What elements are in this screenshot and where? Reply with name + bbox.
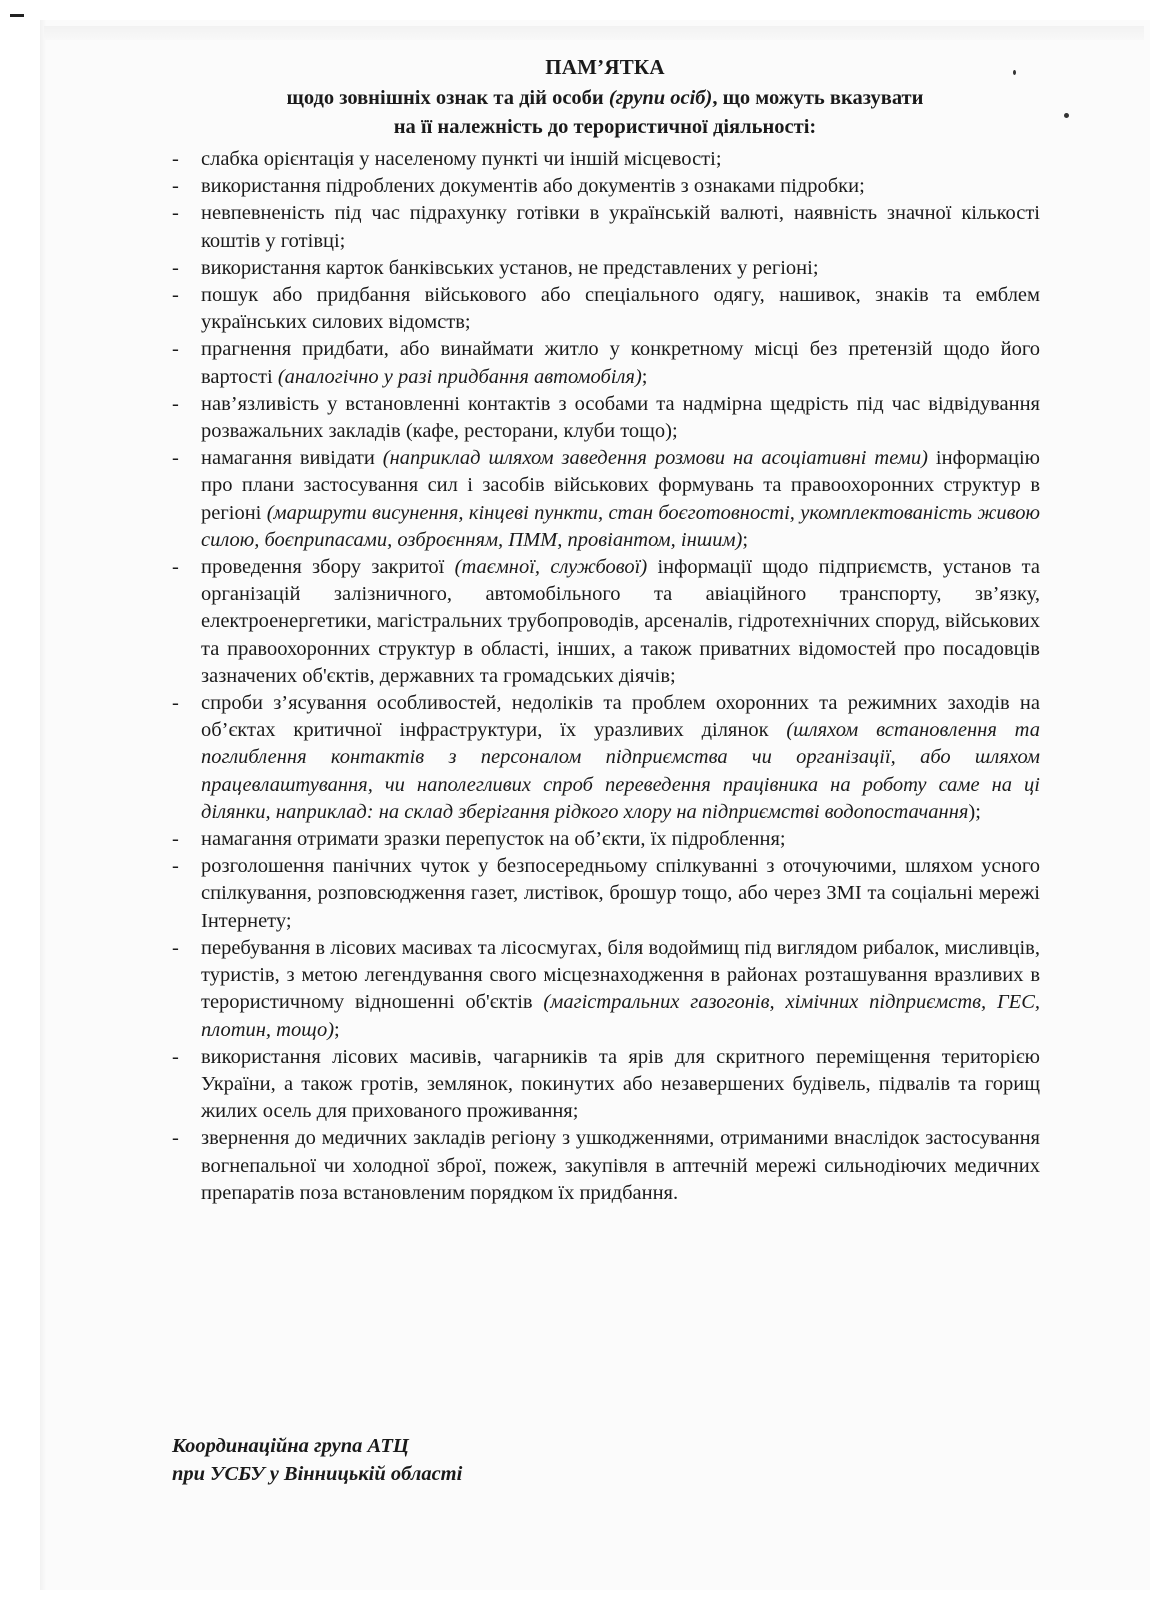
list-item: -проведення збору закритої (таємної, слу… [170, 554, 1040, 690]
subtitle-italic-text: (групи осіб) [609, 87, 713, 109]
list-item-text: використання карток банківських установ,… [201, 257, 819, 279]
list-item-text: використання лісових масивів, чагарників… [201, 1046, 1040, 1122]
bullet-dash: - [172, 1044, 179, 1071]
bullet-dash: - [172, 853, 179, 880]
list-item-text: пошук або придбання військового або спец… [201, 284, 1040, 333]
list-item-text: намагання отримати зразки перепусток на … [201, 828, 786, 850]
bullet-dash: - [172, 255, 179, 282]
list-item-italic-text: (наприклад шляхом заведення розмови на а… [383, 447, 928, 469]
list-item: -звернення до медичних закладів регіону … [170, 1125, 1040, 1207]
bullet-dash: - [172, 336, 179, 363]
document-subtitle: щодо зовнішніх ознак та дій особи (групи… [170, 84, 1040, 142]
bullet-dash: - [172, 200, 179, 227]
scan-edge [40, 20, 46, 1590]
list-item-text: намагання вивідати [201, 447, 383, 469]
subtitle-text: , що можуть вказувати [712, 87, 923, 109]
list-item-italic-text: (таємної, службової) [455, 556, 648, 578]
list-item-text: ; [334, 1019, 340, 1041]
scan-speck [1064, 113, 1069, 118]
list-item: -використання підроблених документів або… [170, 173, 1040, 200]
list-item-text: використання підроблених документів або … [201, 175, 865, 197]
bullet-dash: - [172, 445, 179, 472]
list-item: -використання лісових масивів, чагарникі… [170, 1044, 1040, 1126]
document-body: ПАМ’ЯТКА щодо зовнішніх ознак та дій осо… [170, 52, 1040, 1207]
bullet-dash: - [172, 554, 179, 581]
bullet-dash: - [172, 146, 179, 173]
list-item-italic-text: (маршрути висунення, кінцеві пункти, ста… [201, 502, 1040, 551]
bullet-dash: - [172, 935, 179, 962]
signature-line-2: при УСБУ у Вінницькій області [172, 1460, 462, 1488]
list-item-text: розголошення панічних чуток у безпосеред… [201, 855, 1040, 931]
list-item: -перебування в лісових масивах та лісосм… [170, 935, 1040, 1044]
list-item: -розголошення панічних чуток у безпосере… [170, 853, 1040, 935]
list-item-text: ; [742, 529, 748, 551]
list-item: -намагання вивідати (наприклад шляхом за… [170, 445, 1040, 554]
list-item-text: проведення збору закритої [201, 556, 455, 578]
document-title: ПАМ’ЯТКА [170, 52, 1040, 82]
bullet-dash: - [172, 690, 179, 717]
list-item-text: ; [642, 366, 648, 388]
signature-block: Координаційна група АТЦ при УСБУ у Вінни… [172, 1432, 462, 1488]
list-item-text: звернення до медичних закладів регіону з… [201, 1127, 1040, 1203]
list-item-italic-text: (аналогічно у разі придбання автомобіля) [278, 366, 642, 388]
list-item: -спроби з’ясування особливостей, недолік… [170, 690, 1040, 826]
list-item: -нав’язливість у встановленні контактів … [170, 391, 1040, 445]
subtitle-text: щодо зовнішніх ознак та дій особи [287, 87, 609, 109]
list-item: -прагнення придбати, або винаймати житло… [170, 336, 1040, 390]
bullet-dash: - [172, 826, 179, 853]
indicator-list: -слабка орієнтація у населеному пункті ч… [170, 146, 1040, 1207]
list-item-text: ); [968, 801, 981, 823]
subtitle-line-1: щодо зовнішніх ознак та дій особи (групи… [170, 84, 1040, 113]
list-item-text: нав’язливість у встановленні контактів з… [201, 393, 1040, 442]
bullet-dash: - [172, 1125, 179, 1152]
scan-mark [10, 14, 24, 17]
list-item-text: слабка орієнтація у населеному пункті чи… [201, 148, 722, 170]
list-item: -слабка орієнтація у населеному пункті ч… [170, 146, 1040, 173]
list-item: -намагання отримати зразки перепусток на… [170, 826, 1040, 853]
subtitle-line-2: на її належність до терористичної діяльн… [170, 113, 1040, 142]
bullet-dash: - [172, 282, 179, 309]
list-item: -пошук або придбання військового або спе… [170, 282, 1040, 336]
bullet-dash: - [172, 173, 179, 200]
list-item: -використання карток банківських установ… [170, 255, 1040, 282]
list-item-text: невпевненість під час підрахунку готівки… [201, 202, 1040, 251]
signature-line-1: Координаційна група АТЦ [172, 1432, 462, 1460]
bullet-dash: - [172, 391, 179, 418]
scan-top-band [44, 26, 1144, 40]
list-item: -невпевненість під час підрахунку готівк… [170, 200, 1040, 254]
